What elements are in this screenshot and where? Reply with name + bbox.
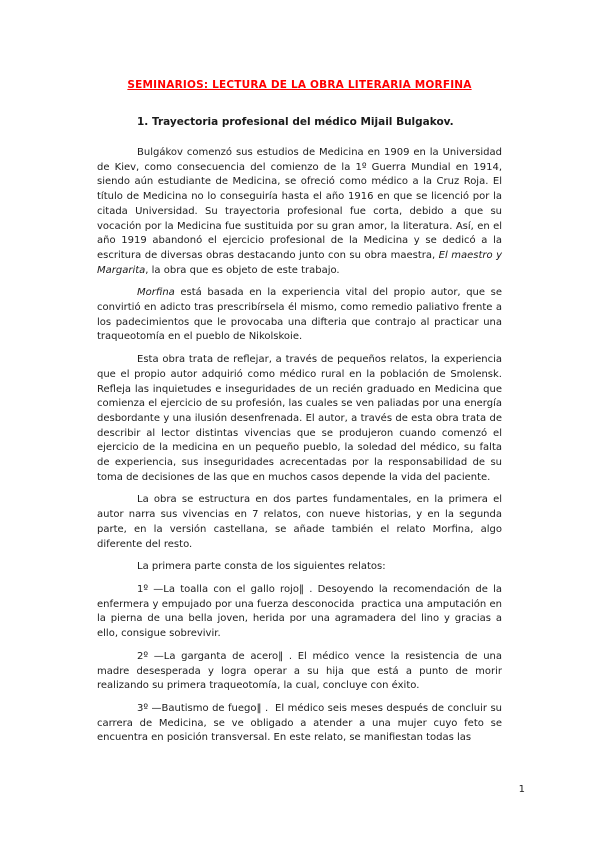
text-run: Bulgákov comenzó sus estudios de Medicin…: [97, 147, 505, 261]
document-body: Bulgákov comenzó sus estudios de Medicin…: [97, 146, 502, 746]
document-title: SEMINARIOS: LECTURA DE LA OBRA LITERARIA…: [97, 78, 502, 92]
document-page: SEMINARIOS: LECTURA DE LA OBRA LITERARIA…: [0, 0, 599, 848]
paragraph: La obra se estructura en dos partes fund…: [97, 493, 502, 552]
paragraph: Bulgákov comenzó sus estudios de Medicin…: [97, 146, 502, 278]
paragraph: La primera parte consta de los siguiente…: [97, 560, 502, 575]
text-run: 2º —La garganta de acero‖ . El médico ve…: [97, 651, 505, 691]
text-run: La primera parte consta de los siguiente…: [137, 561, 386, 572]
text-run: 1º —La toalla con el gallo rojo‖ . Desoy…: [97, 584, 505, 639]
paragraph: 1º —La toalla con el gallo rojo‖ . Desoy…: [97, 583, 502, 642]
paragraph: 3º —Bautismo de fuego‖ . El médico seis …: [97, 702, 502, 746]
section-heading: 1. Trayectoria profesional del médico Mi…: [137, 115, 502, 129]
text-run: , la obra que es objeto de este trabajo.: [145, 265, 339, 276]
paragraph: 2º —La garganta de acero‖ . El médico ve…: [97, 650, 502, 694]
text-run: 3º —Bautismo de fuego‖ . El médico seis …: [97, 703, 505, 743]
paragraph: Morfina está basada en la experiencia vi…: [97, 286, 502, 345]
text-run: Esta obra trata de reflejar, a través de…: [97, 354, 505, 483]
text-run: La obra se estructura en dos partes fund…: [97, 494, 505, 549]
page-number: 1: [519, 783, 525, 796]
paragraph: Esta obra trata de reflejar, a través de…: [97, 353, 502, 485]
italic-text-run: Morfina: [137, 287, 175, 298]
